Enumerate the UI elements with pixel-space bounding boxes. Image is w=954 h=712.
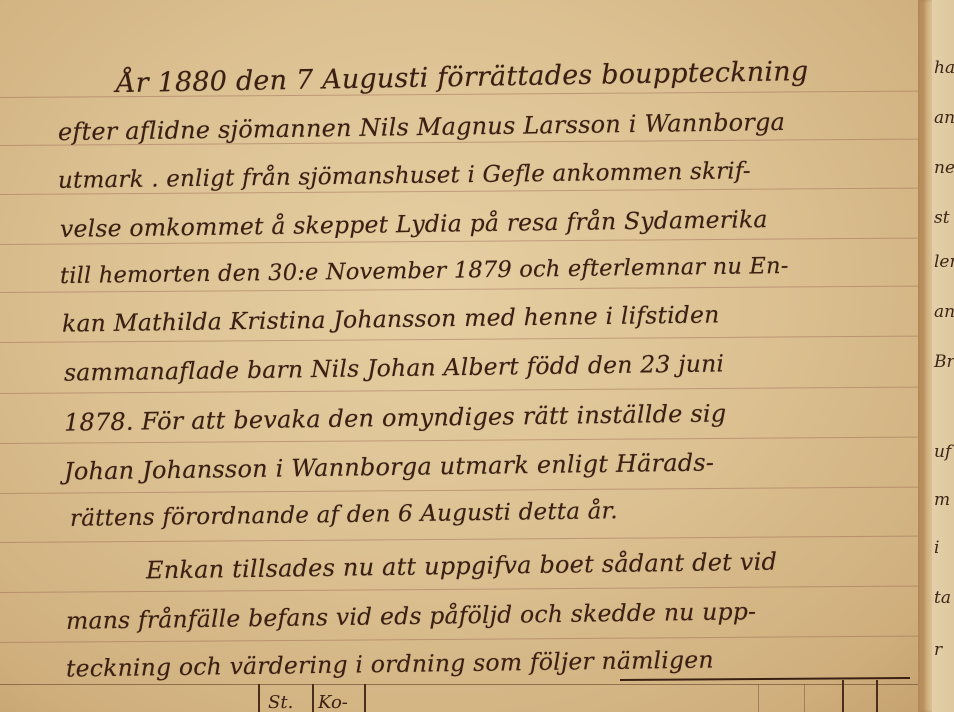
handwritten-line-4: velse omkommet å skeppet Lydia på resa f… (60, 205, 768, 243)
table-column-divider (758, 684, 759, 712)
ruled-line (0, 636, 918, 643)
ruled-line (0, 387, 918, 394)
ruled-line (0, 437, 918, 444)
ruled-line (0, 336, 918, 343)
ledger-spread: År 1880 den 7 Augusti förrättades bouppt… (0, 0, 954, 712)
left-page: År 1880 den 7 Augusti förrättades bouppt… (0, 0, 918, 712)
table-top-rule (0, 684, 918, 685)
book-gutter (918, 0, 932, 712)
table-header-fragment: Ko- (318, 692, 348, 712)
handwritten-line-12: mans frånfälle befans vid eds påföljd oc… (66, 597, 756, 635)
table-column-divider (258, 684, 260, 712)
adjacent-page-text: ha (934, 58, 954, 78)
adjacent-page-text: r (934, 640, 942, 660)
adjacent-page-text: Br (934, 352, 954, 372)
adjacent-page-text: uf (934, 442, 951, 462)
adjacent-page-text: m (934, 490, 950, 510)
handwritten-line-7: sammanaflade barn Nils Johan Albert född… (64, 349, 724, 386)
table-header-fragment: St. (268, 692, 293, 712)
adjacent-page-text: ne (934, 158, 954, 178)
table-column-divider (842, 680, 844, 712)
adjacent-page-text: an (934, 302, 954, 322)
handwritten-line-13: teckning och värdering i ordning som föl… (66, 645, 714, 682)
ruled-line (0, 487, 918, 494)
handwritten-line-9: Johan Johansson i Wannborga utmark enlig… (64, 448, 714, 485)
handwritten-line-8: 1878. För att bevaka den omyndiges rätt … (64, 399, 727, 436)
adjacent-page-text: an (934, 108, 954, 128)
handwritten-line-5: till hemorten den 30:e November 1879 och… (60, 253, 789, 289)
adjacent-page-text: i (934, 538, 939, 558)
adjacent-page-text: ta (934, 588, 951, 608)
table-column-divider (364, 684, 366, 712)
table-column-divider (876, 680, 878, 712)
adjacent-page-text: lem (934, 252, 954, 272)
table-column-divider (804, 684, 805, 712)
underline-flourish (620, 677, 910, 681)
table-column-divider (312, 684, 314, 712)
handwritten-line-11: Enkan tillsades nu att uppgifva boet såd… (146, 548, 777, 585)
right-page-edge: ha an ne st lem an Br uf m i ta r (932, 0, 954, 712)
handwritten-line-10: rättens förordnande af den 6 Augusti det… (70, 498, 618, 532)
adjacent-page-text: st (934, 208, 950, 228)
ruled-line (0, 586, 918, 593)
ruled-line (0, 536, 918, 543)
handwritten-line-6: kan Mathilda Kristina Johansson med henn… (62, 300, 720, 337)
